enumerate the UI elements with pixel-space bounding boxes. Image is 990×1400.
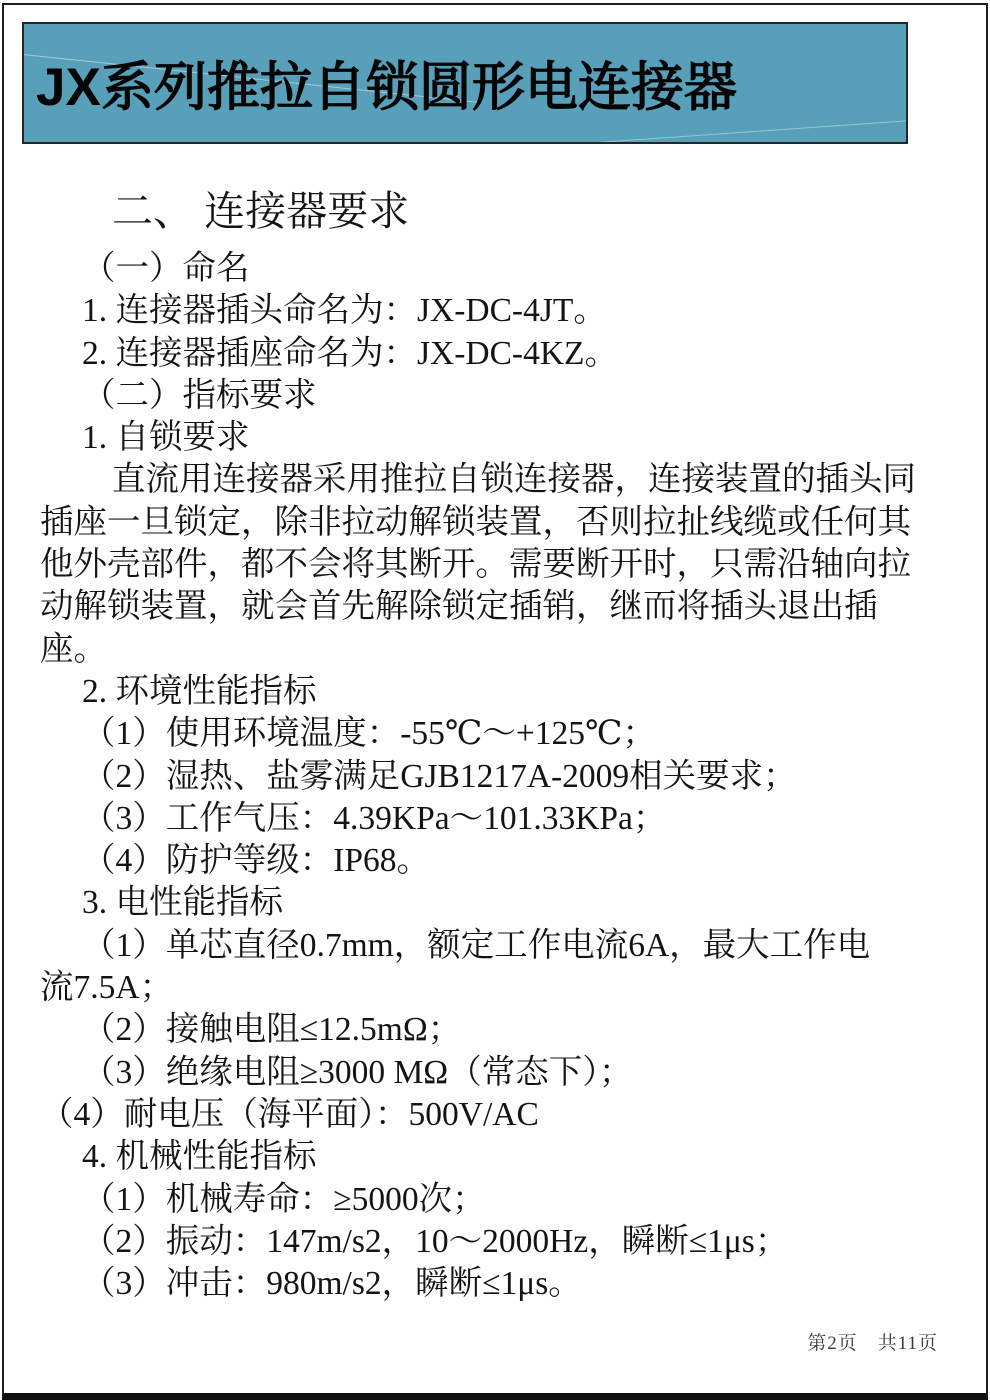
text-line: 动解锁装置，就会首先解除锁定插销，继而将插头退出插	[40, 586, 952, 628]
text-line: 1. 自锁要求	[82, 417, 952, 459]
text-line: （1）机械寿命：≥5000次；	[82, 1179, 952, 1221]
text-line: （2）湿热、盐雾满足GJB1217A-2009相关要求；	[82, 756, 952, 798]
text-line: 流7.5A；	[40, 967, 952, 1009]
text-line: 座。	[40, 629, 952, 671]
text-line: （4）耐电压（海平面）：500V/AC	[40, 1094, 952, 1136]
text-line: 1. 连接器插头命名为：JX-DC-4JT。	[82, 290, 952, 332]
text-line: 他外壳部件，都不会将其断开。需要断开时，只需沿轴向拉	[40, 544, 952, 586]
text-line: 直流用连接器采用推拉自锁连接器，连接装置的插头同	[112, 459, 952, 501]
text-line: （3）冲击：980m/s2，瞬断≤1μs。	[82, 1263, 952, 1305]
text-line: （4）防护等级：IP68。	[82, 840, 952, 882]
text-line: 3. 电性能指标	[82, 882, 952, 924]
text-line: （1）使用环境温度：-55℃～+125℃；	[82, 713, 952, 755]
text-line: （一）命名	[82, 248, 952, 290]
text-line: （1）单芯直径0.7mm，额定工作电流6A，最大工作电	[82, 925, 952, 967]
page-footer: 第2页 共11页	[807, 1328, 938, 1355]
slide-title-bar: JX系列推拉自锁圆形电连接器	[22, 22, 908, 144]
text-line: 2. 环境性能指标	[82, 671, 952, 713]
section-heading: 二、 连接器要求	[112, 186, 952, 236]
text-line: （2）接触电阻≤12.5mΩ；	[82, 1009, 952, 1051]
page-number: 第2页 共11页	[807, 1333, 938, 1354]
text-line: （3）工作气压：4.39KPa～101.33KPa；	[82, 798, 952, 840]
text-line: （3）绝缘电阻≥3000 MΩ（常态下）；	[82, 1052, 952, 1094]
text-line: 插座一旦锁定，除非拉动解锁装置，否则拉扯线缆或任何其	[40, 502, 952, 544]
text-line: （2）振动：147m/s2，10～2000Hz，瞬断≤1μs；	[82, 1221, 952, 1263]
slide-title: JX系列推拉自锁圆形电连接器	[24, 45, 737, 121]
text-line: （二）指标要求	[82, 375, 952, 417]
slide-page: JX系列推拉自锁圆形电连接器 二、 连接器要求 （一）命名1. 连接器插头命名为…	[0, 0, 990, 1400]
text-line: 2. 连接器插座命名为：JX-DC-4KZ。	[82, 333, 952, 375]
body-lines: （一）命名1. 连接器插头命名为：JX-DC-4JT。2. 连接器插座命名为：J…	[40, 248, 952, 1305]
text-line: 4. 机械性能指标	[82, 1136, 952, 1178]
slide-body: 二、 连接器要求 （一）命名1. 连接器插头命名为：JX-DC-4JT。2. 连…	[40, 186, 952, 1305]
